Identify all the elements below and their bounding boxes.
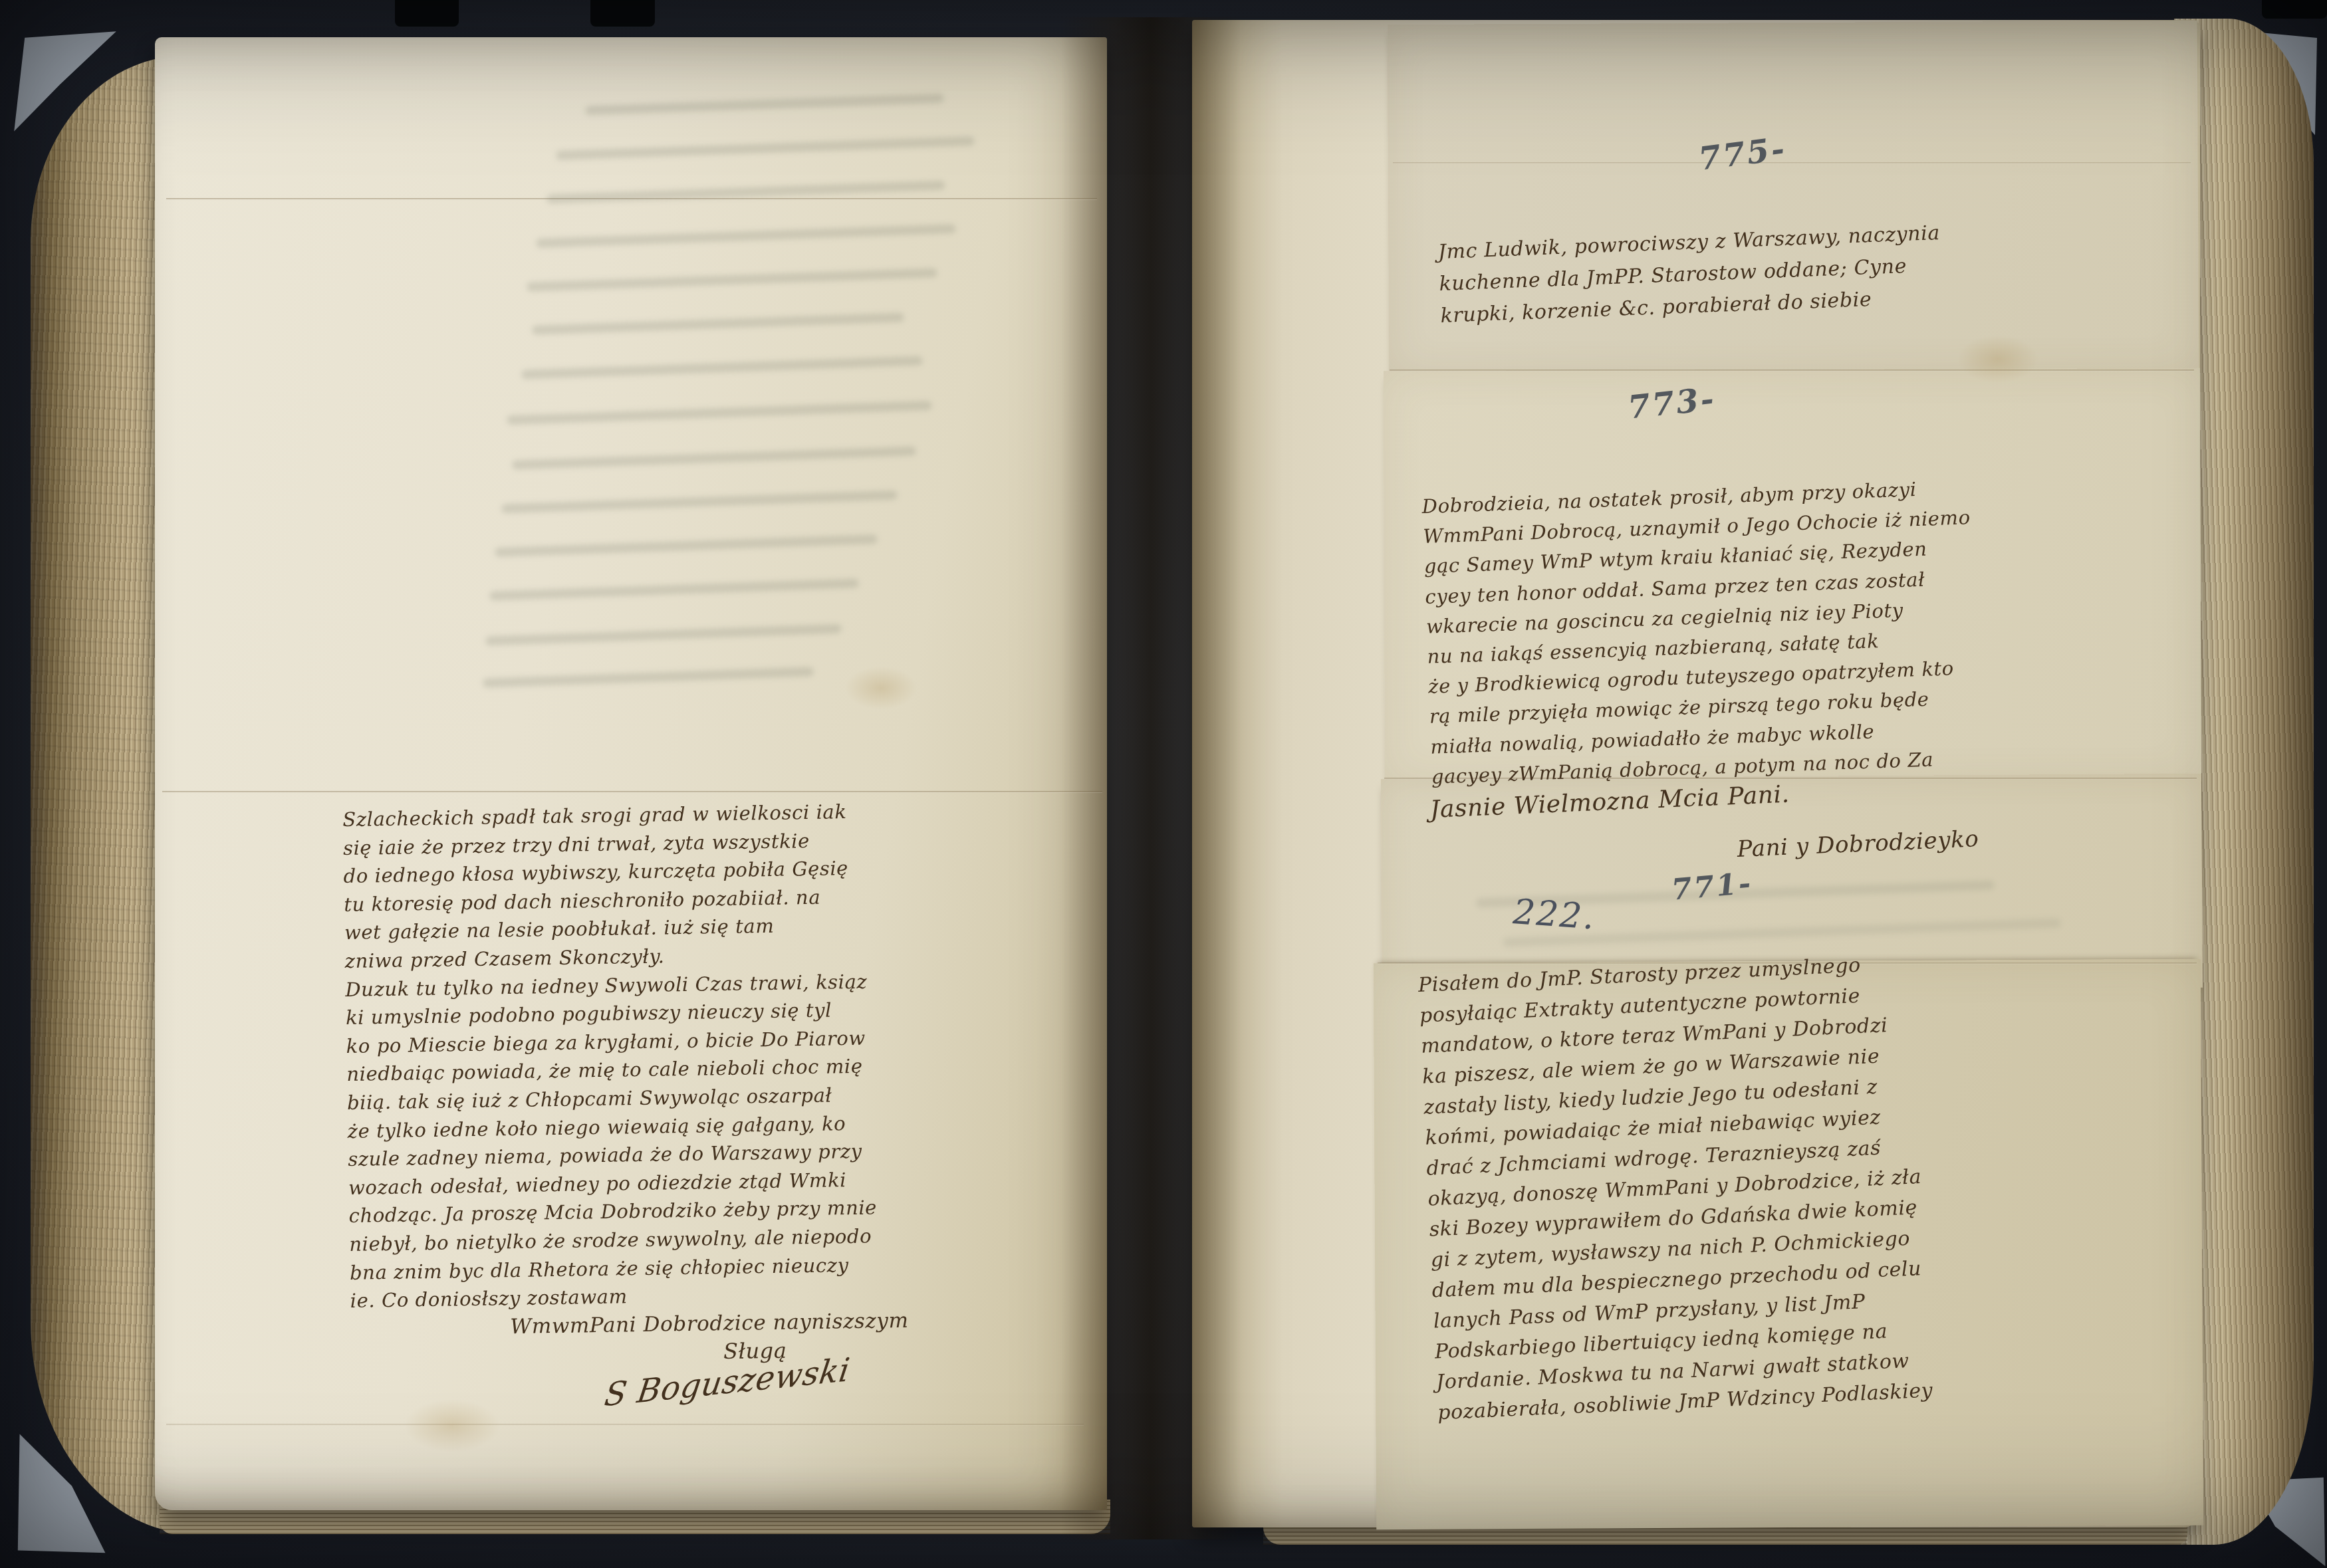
right-page-seam-1 (1393, 162, 2191, 164)
right-page-seam-2 (1390, 370, 2194, 372)
archival-book-photo: Szlacheckich spadł tak srogi grad w wiel… (0, 0, 2327, 1568)
left-letter-text: Szlacheckich spadł tak srogi grad w wiel… (342, 796, 963, 1403)
page-number-ink-222: 222. (1512, 892, 1597, 937)
scanner-clamp-right (2262, 0, 2327, 19)
scanner-clamp-middle (590, 0, 655, 27)
signature: S Boguszewski (604, 1365, 963, 1399)
letter-773-text: Dobrodzieia, na ostatek prosił, abym prz… (1421, 469, 2103, 792)
scanner-clamp-left (395, 0, 459, 27)
page-number-pencil-771: 771- (1670, 866, 1754, 907)
left-page-fold-crease (162, 791, 1102, 793)
paper-stain (831, 658, 931, 718)
paper-stain (1941, 326, 2054, 392)
letter-771-text: Pisałem do JmP. Starosty przez umyslnego… (1417, 938, 2149, 1428)
left-page-bottom-seam (166, 1424, 1084, 1426)
